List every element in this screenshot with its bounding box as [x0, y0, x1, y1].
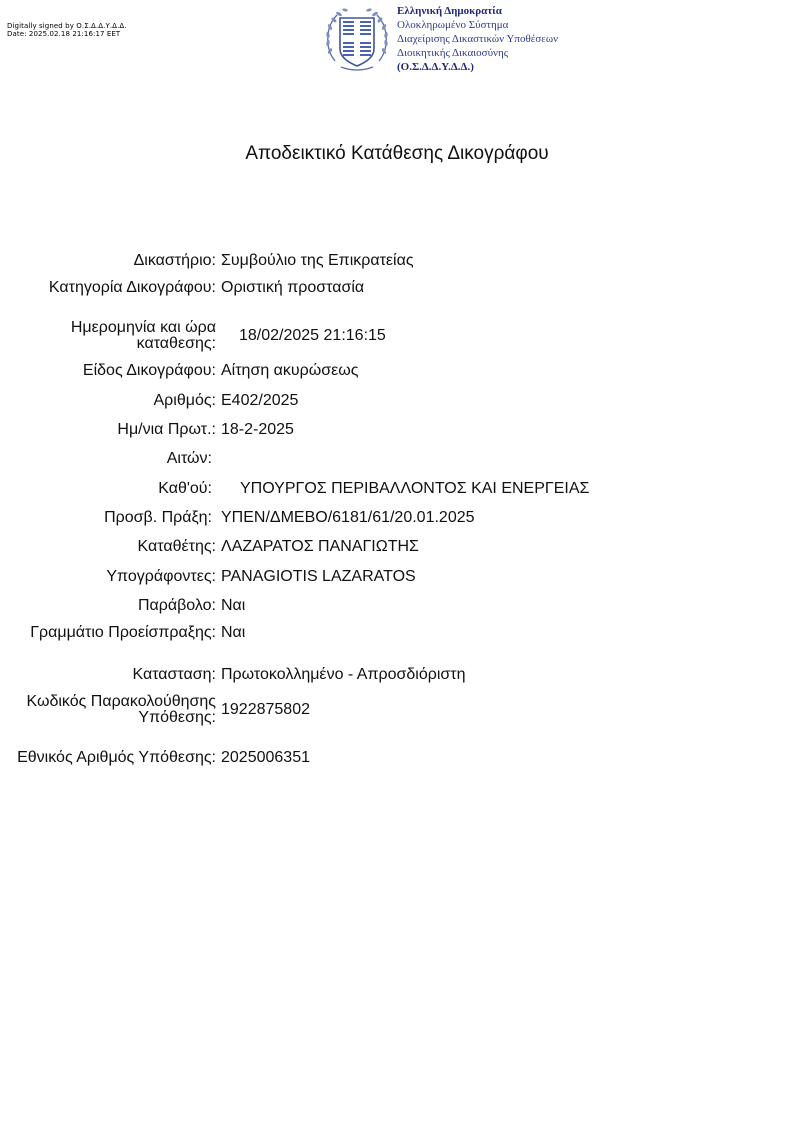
page-title: Αποδεικτικό Κατάθεσης Δικογράφου: [0, 143, 794, 165]
field-value: ΥΠΕΝ/ΔΜΕΒΟ/6181/61/20.01.2025: [221, 510, 475, 526]
logo-system-line3: Διοικητικής Δικαιοσύνης: [397, 46, 558, 60]
signature-date: Date: 2025.02.18 21:16:17 EET: [7, 30, 127, 38]
field-value: Οριστική προστασία: [221, 280, 364, 296]
field-row-category: Κατηγορία Δικογράφου: Οριστική προστασία: [0, 280, 794, 296]
field-label: Αριθμός:: [0, 393, 216, 409]
field-value: ΥΠΟΥΡΓΟΣ ΠΕΡΙΒΑΛΛΟΝΤΟΣ ΚΑΙ ΕΝΕΡΓΕΙΑΣ: [240, 481, 589, 497]
field-value: Ναι: [221, 598, 245, 614]
field-label: Κατηγορία Δικογράφου:: [0, 280, 216, 296]
field-label: Προσβ. Πράξη:: [0, 510, 212, 526]
logo-system-line2: Διαχείρισης Δικαστικών Υποθέσεων: [397, 32, 558, 46]
field-label: Ημερομηνία και ώρα καταθεσης:: [0, 320, 216, 352]
field-label: Παράβολο:: [0, 598, 216, 614]
field-value: Αίτηση ακυρώσεως: [221, 363, 358, 379]
field-row-tracking-code: Κωδικός Παρακολούθησης Υπόθεσης: 1922875…: [0, 694, 794, 726]
field-row-signatories: Υπογράφοντες: PANAGIOTIS LAZARATOS: [0, 569, 794, 585]
field-label: Γραμμάτιο Προείσπραξης:: [0, 625, 216, 641]
digital-signature-stamp: Digitally signed by Ο.Σ.Δ.Δ.Υ.Δ.Δ. Date:…: [7, 22, 127, 38]
field-row-applicant: Αιτών:: [0, 451, 794, 467]
field-row-respondent: Καθ'ού: ΥΠΟΥΡΓΟΣ ΠΕΡΙΒΑΛΛΟΝΤΟΣ ΚΑΙ ΕΝΕΡΓ…: [0, 481, 794, 497]
field-row-contested-act: Προσβ. Πράξη: ΥΠΕΝ/ΔΜΕΒΟ/6181/61/20.01.2…: [0, 510, 794, 526]
field-label: Καταθέτης:: [0, 539, 216, 555]
logo-text: Ελληνική Δημοκρατία Ολοκληρωμένο Σύστημα…: [397, 4, 558, 74]
field-row-status: Κατασταση: Πρωτοκολλημένο - Απροσδιόριστ…: [0, 667, 794, 683]
field-value: 2025006351: [221, 750, 310, 766]
field-row-protocol-date: Ημ/νια Πρωτ.: 18-2-2025: [0, 422, 794, 438]
field-label: Ημ/νια Πρωτ.:: [0, 422, 216, 438]
logo-system-line1: Ολοκληρωμένο Σύστημα: [397, 18, 558, 32]
logo-country: Ελληνική Δημοκρατία: [397, 4, 558, 18]
field-label: Υπογράφοντες:: [0, 569, 216, 585]
field-value: Ε402/2025: [221, 393, 298, 409]
field-row-filing-datetime: Ημερομηνία και ώρα καταθεσης: 18/02/2025…: [0, 320, 794, 352]
field-row-document-type: Είδος Δικογράφου: Αίτηση ακυρώσεως: [0, 363, 794, 379]
logo-acronym: (Ο.Σ.Δ.Δ.Υ.Δ.Δ.): [397, 60, 558, 74]
field-row-fee: Παράβολο: Ναι: [0, 598, 794, 614]
field-value: PANAGIOTIS LAZARATOS: [221, 569, 416, 585]
field-value: Ναι: [221, 625, 245, 641]
field-value: Συμβούλιο της Επικρατείας: [221, 253, 414, 269]
field-label: Αιτών:: [0, 451, 212, 467]
field-value: 18/02/2025 21:16:15: [239, 328, 386, 344]
field-label: Καθ'ού:: [0, 481, 212, 497]
field-row-prepayment-note: Γραμμάτιο Προείσπραξης: Ναι: [0, 625, 794, 641]
field-label: Εθνικός Αριθμός Υπόθεσης:: [0, 750, 216, 766]
header-logo: Ελληνική Δημοκρατία Ολοκληρωμένο Σύστημα…: [321, 3, 558, 75]
field-value: ΛΑΖΑΡΑΤΟΣ ΠΑΝΑΓΙΩΤΗΣ: [221, 539, 419, 555]
field-value: 1922875802: [221, 702, 310, 718]
field-row-national-case-number: Εθνικός Αριθμός Υπόθεσης: 2025006351: [0, 750, 794, 766]
field-label: Είδος Δικογράφου:: [0, 363, 216, 379]
field-label: Κατασταση:: [0, 667, 216, 683]
field-row-court: Δικαστήριο: Συμβούλιο της Επικρατείας: [0, 253, 794, 269]
field-label: Δικαστήριο:: [0, 253, 216, 269]
greek-coat-of-arms-icon: [321, 3, 393, 75]
field-value: Πρωτοκολλημένο - Απροσδιόριστη: [221, 667, 466, 683]
field-row-number: Αριθμός: Ε402/2025: [0, 393, 794, 409]
field-value: 18-2-2025: [221, 422, 294, 438]
signature-signer: Digitally signed by Ο.Σ.Δ.Δ.Υ.Δ.Δ.: [7, 22, 127, 30]
field-row-filer: Καταθέτης: ΛΑΖΑΡΑΤΟΣ ΠΑΝΑΓΙΩΤΗΣ: [0, 539, 794, 555]
field-label: Κωδικός Παρακολούθησης Υπόθεσης:: [0, 694, 216, 726]
